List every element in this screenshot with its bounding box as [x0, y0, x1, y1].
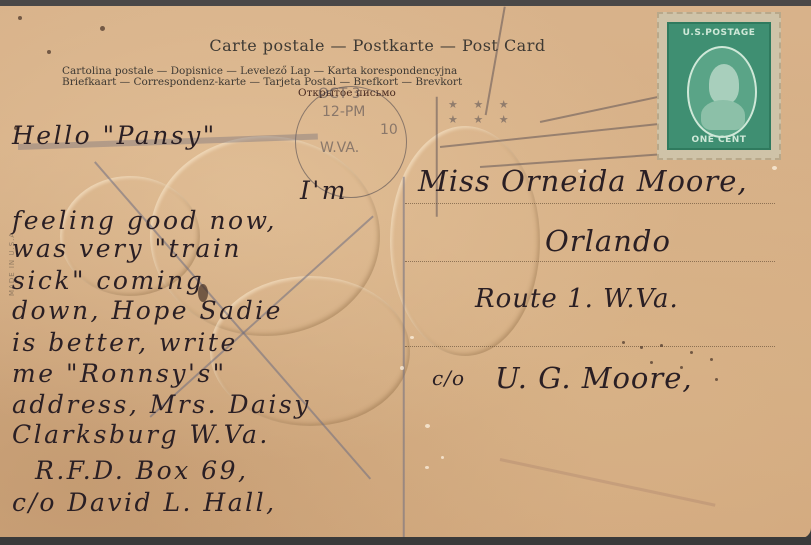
- recipient-city: Orlando: [545, 224, 671, 258]
- paper-spot: [578, 169, 584, 173]
- care-of-prefix: c/o: [432, 366, 465, 390]
- message-line: was very "train: [12, 234, 242, 263]
- cancel-stars-2: ★ ★ ★: [448, 113, 515, 126]
- address-line: [405, 261, 775, 262]
- message-line: R.F.D. Box 69,: [35, 456, 248, 485]
- paper-spot: [400, 366, 404, 370]
- cancel-line-vertical: [436, 97, 438, 217]
- cancel-line: [540, 96, 658, 122]
- paper-spot: [425, 466, 429, 469]
- ink-spot: [47, 50, 51, 54]
- ink-spot: [715, 378, 718, 381]
- postmark-state: W.VA.: [320, 140, 359, 156]
- recipient-route: Route 1. W.Va.: [475, 284, 679, 314]
- message-line: Hello "Pansy": [12, 121, 217, 150]
- ink-stain: [198, 284, 208, 302]
- paper-spot: [441, 456, 444, 459]
- ink-spot: [640, 346, 643, 349]
- cancel-stars-1: ★ ★ ★: [448, 98, 515, 111]
- care-of-name: U. G. Moore,: [495, 361, 693, 395]
- postcard-title-languages-2: Briefkaart — Correspondenz-karte — Tarje…: [62, 76, 462, 88]
- paper-spot: [425, 424, 430, 428]
- postmark-year: 10: [380, 122, 398, 138]
- cancel-line: [440, 123, 659, 147]
- message-line: is better, write: [12, 328, 238, 357]
- ink-spot: [622, 341, 625, 344]
- portrait-bust-icon: [701, 100, 745, 130]
- ink-spot: [18, 16, 22, 20]
- ink-spot: [650, 361, 653, 364]
- address-line: [405, 203, 775, 204]
- message-line: down, Hope Sadie: [12, 296, 283, 325]
- paper-spot: [410, 336, 414, 339]
- message-line: c/o David L. Hall,: [12, 488, 277, 517]
- pencil-stroke-vertical: [403, 177, 405, 538]
- message-line: me "Ronnsy's": [12, 359, 227, 388]
- postcard-back: Carte postale — Postkarte — Post Card Ca…: [0, 6, 811, 538]
- postage-stamp: U.S.POSTAGE ONE CENT: [657, 12, 781, 160]
- message-line: feeling good now,: [12, 206, 277, 235]
- ink-spot: [100, 26, 105, 31]
- stamp-face: U.S.POSTAGE ONE CENT: [667, 22, 771, 150]
- message-line: sick" coming: [12, 266, 204, 295]
- paper-crease: [500, 458, 716, 507]
- ink-spot: [660, 344, 663, 347]
- embossed-leaf-right: [390, 126, 540, 356]
- postmark-time: 12-PM: [322, 104, 365, 120]
- message-line: I'm: [300, 176, 348, 205]
- stamp-value-text: ONE CENT: [669, 135, 769, 145]
- ink-spot: [710, 358, 713, 361]
- portrait-head-icon: [709, 64, 739, 104]
- ink-spot: [690, 351, 693, 354]
- ink-spot: [680, 366, 683, 369]
- stamp-top-text: U.S.POSTAGE: [669, 28, 769, 38]
- postmark-date: OCT 3: [318, 86, 361, 102]
- message-line: address, Mrs. Daisy: [12, 390, 311, 419]
- ink-spot: [14, 126, 18, 130]
- paper-spot: [772, 166, 777, 170]
- address-line: [405, 346, 775, 347]
- message-line: Clarksburg W.Va.: [12, 420, 270, 449]
- scan-bottom-edge: [0, 537, 811, 545]
- stamp-portrait-oval: [687, 46, 757, 138]
